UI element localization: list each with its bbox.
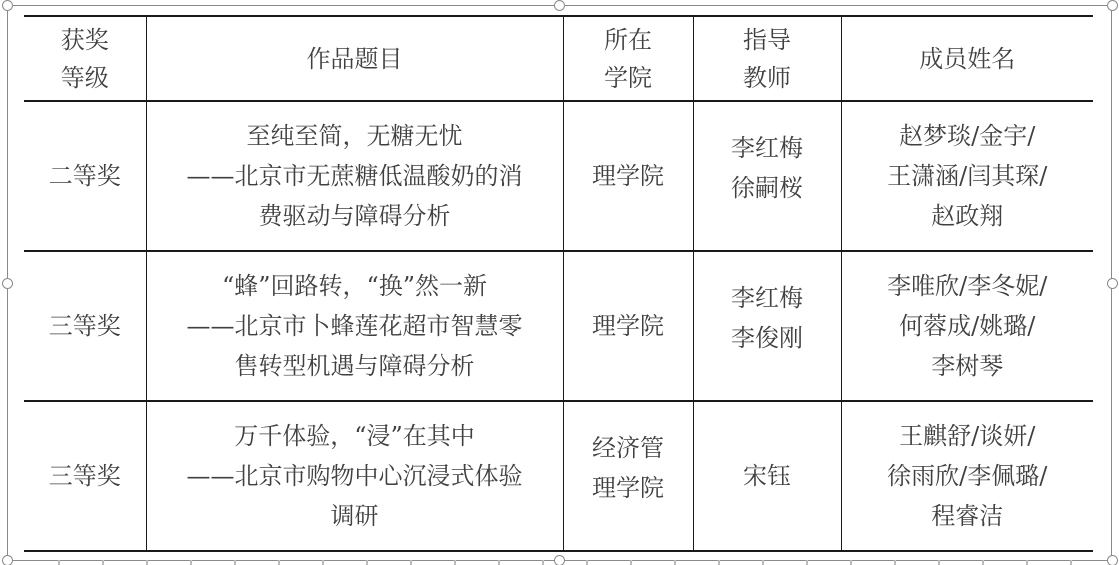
title-line: 调研 (147, 496, 563, 536)
title-line: 至纯至简，无糖无忧 (147, 116, 563, 156)
members-cell: 李唯欣/李冬妮/ 何蓉成/姚璐/ 李树琴 (841, 251, 1093, 401)
award-cell: 二等奖 (24, 101, 146, 251)
members-line: 程睿洁 (842, 496, 1094, 536)
table-row: 三等奖 “蜂”回路转，“换”然一新 ——北京市卜蜂莲花超市智慧零 售转型机遇与障… (24, 251, 1093, 401)
members-line: 王潇涵/闫其琛/ (842, 156, 1094, 196)
header-text: 成员姓名 (842, 40, 1094, 78)
awards-table: 获奖 等级 作品题目 所在 学院 指导 教师 成员姓名 二等奖 至纯至简，无糖无… (24, 15, 1093, 552)
title-cell: 万千体验，“浸”在其中 ——北京市购物中心沉浸式体验 调研 (146, 401, 563, 551)
header-members: 成员姓名 (841, 16, 1093, 101)
title-line: 费驱动与障碍分析 (147, 196, 563, 236)
members-cell: 赵梦琰/金宇/ 王潇涵/闫其琛/ 赵政翔 (841, 101, 1093, 251)
advisor-name: 徐嗣桜 (694, 168, 841, 208)
resize-handle-top-right[interactable] (1107, 0, 1118, 11)
advisor-name: 宋钰 (694, 456, 841, 496)
advisor-name: 李红梅 (694, 128, 841, 168)
award-cell: 三等奖 (24, 401, 146, 551)
title-cell: “蜂”回路转，“换”然一新 ——北京市卜蜂莲花超市智慧零 售转型机遇与障碍分析 (146, 251, 563, 401)
title-line: 售转型机遇与障碍分析 (147, 346, 563, 386)
header-college: 所在 学院 (563, 16, 693, 101)
title-line: ——北京市无蔗糖低温酸奶的消 (147, 156, 563, 196)
members-cell: 王麒舒/谈妍/ 徐雨欣/李佩璐/ 程睿洁 (841, 401, 1093, 551)
college-cell: 理学院 (563, 251, 693, 401)
title-cell: 至纯至简，无糖无忧 ——北京市无蔗糖低温酸奶的消 费驱动与障碍分析 (146, 101, 563, 251)
members-line: 赵梦琰/金宇/ (842, 116, 1094, 156)
header-award-level: 获奖 等级 (24, 16, 146, 101)
advisor-cell: 宋钰 (693, 401, 841, 551)
title-line: ——北京市购物中心沉浸式体验 (147, 456, 563, 496)
members-line: 王麒舒/谈妍/ (842, 416, 1094, 456)
award-cell: 三等奖 (24, 251, 146, 401)
table-row: 二等奖 至纯至简，无糖无忧 ——北京市无蔗糖低温酸奶的消 费驱动与障碍分析 理学… (24, 101, 1093, 251)
header-text: 所在 (564, 21, 693, 59)
award-level: 二等奖 (24, 156, 146, 196)
resize-handle-middle-right[interactable] (1107, 278, 1118, 289)
college-name: 理学院 (564, 468, 693, 508)
advisor-name: 李红梅 (694, 278, 841, 318)
resize-handle-middle-left[interactable] (2, 278, 13, 289)
title-line: ——北京市卜蜂莲花超市智慧零 (147, 306, 563, 346)
resize-handle-bottom-left[interactable] (2, 555, 13, 565)
award-level: 三等奖 (24, 456, 146, 496)
college-cell: 经济管 理学院 (563, 401, 693, 551)
header-work-title: 作品题目 (146, 16, 563, 101)
resize-handle-top-middle[interactable] (554, 0, 565, 11)
header-text: 作品题目 (147, 40, 563, 78)
advisor-cell: 李红梅 李俊刚 (693, 251, 841, 401)
table-header-row: 获奖 等级 作品题目 所在 学院 指导 教师 成员姓名 (24, 16, 1093, 101)
header-text: 指导 (694, 21, 841, 59)
title-line: “蜂”回路转，“换”然一新 (147, 266, 563, 306)
members-line: 赵政翔 (842, 196, 1094, 236)
header-text: 学院 (564, 59, 693, 97)
advisor-name: 李俊刚 (694, 318, 841, 358)
resize-handle-top-left[interactable] (2, 0, 13, 11)
table-row: 三等奖 万千体验，“浸”在其中 ——北京市购物中心沉浸式体验 调研 经济管 理学… (24, 401, 1093, 551)
award-level: 三等奖 (24, 306, 146, 346)
title-line: 万千体验，“浸”在其中 (147, 416, 563, 456)
resize-handle-bottom-right[interactable] (1107, 555, 1118, 565)
header-text: 教师 (694, 59, 841, 97)
header-advisor: 指导 教师 (693, 16, 841, 101)
members-line: 徐雨欣/李佩璐/ (842, 456, 1094, 496)
members-line: 李唯欣/李冬妮/ (842, 266, 1094, 306)
members-line: 何蓉成/姚璐/ (842, 306, 1094, 346)
college-name: 理学院 (564, 156, 693, 196)
college-name: 理学院 (564, 306, 693, 346)
header-text: 获奖 (24, 21, 146, 59)
members-line: 李树琴 (842, 346, 1094, 386)
college-name: 经济管 (564, 428, 693, 468)
college-cell: 理学院 (563, 101, 693, 251)
header-text: 等级 (24, 59, 146, 97)
cropped-text-line (40, 560, 1080, 565)
advisor-cell: 李红梅 徐嗣桜 (693, 101, 841, 251)
